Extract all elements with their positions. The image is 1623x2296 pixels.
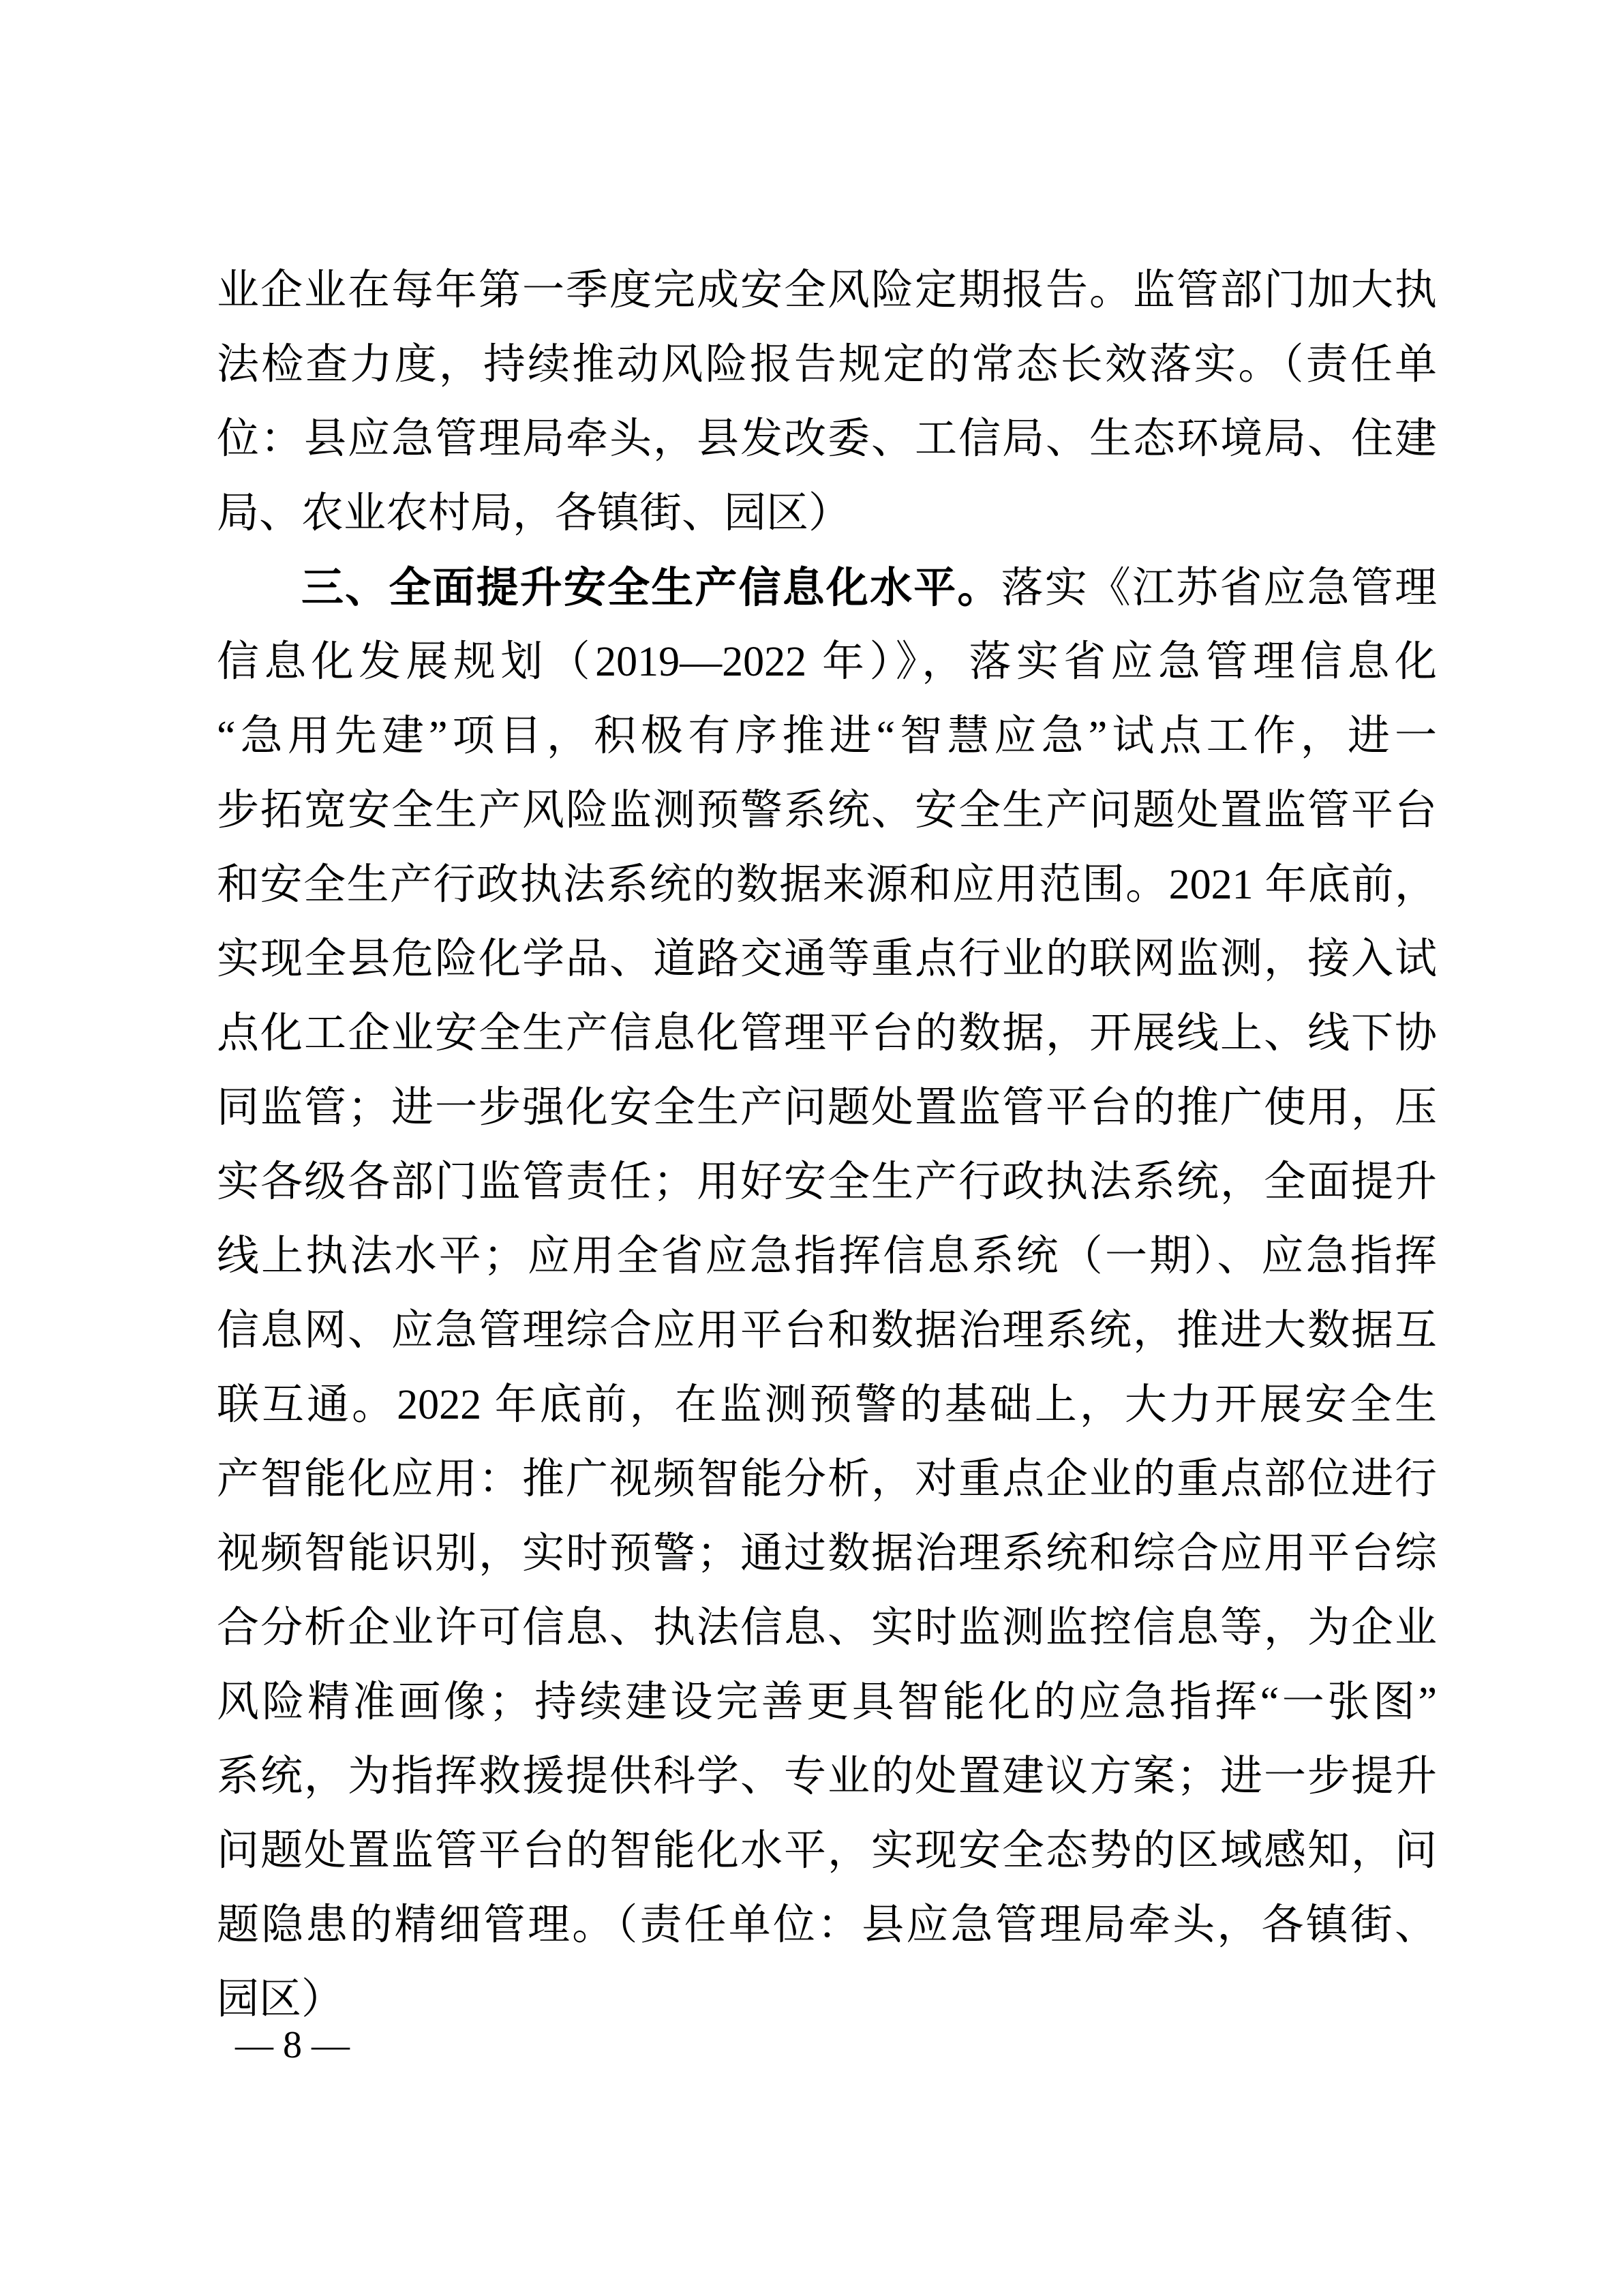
section-heading: 三、全面提升安全生产信息化水平。 <box>301 564 1001 611</box>
text-line: 业企业在每年第一季度完成安全风险定期报告。监管部门加大执 <box>217 254 1437 328</box>
responsible-unit-segment: （责任单 <box>1283 342 1437 388</box>
body-text-segment: 信息网、应急管理综合应用平台和数据治理系统，推进大数据互 <box>217 1308 1437 1354</box>
body-text-segment: 题隐患的精细管理。 <box>217 1902 616 1948</box>
body-text-segment: 实各级各部门监管责任；用好安全生产行政执法系统，全面提升 <box>217 1159 1437 1205</box>
text-line: 信息化发展规划（2019—2022 年）》，落实省应急管理信息化 <box>217 625 1437 699</box>
text-line: 风险精准画像；持续建设完善更具智能化的应急指挥“一张图” <box>217 1665 1437 1740</box>
body-text-segment: 点化工企业安全生产信息化管理平台的数据，开展线上、线下协 <box>217 1010 1437 1057</box>
text-line: 和安全生产行政执法系统的数据来源和应用范围。2021 年底前， <box>217 848 1437 922</box>
body-text-segment: 和安全生产行政执法系统的数据来源和应用范围。2021 年底前， <box>217 862 1437 908</box>
text-line: 联互通。2022 年底前，在监测预警的基础上，大力开展安全生 <box>217 1368 1437 1442</box>
body-text-segment: 落实《江苏省应急管理 <box>1001 565 1437 611</box>
text-line: 点化工企业安全生产信息化管理平台的数据，开展线上、线下协 <box>217 997 1437 1071</box>
body-text-segment: “急用先建”项目，积极有序推进“智慧应急”试点工作，进一 <box>217 713 1437 759</box>
text-line: 步拓宽安全生产风险监测预警系统、安全生产问题处置监管平台 <box>217 774 1437 848</box>
text-line: 实现全县危险化学品、道路交通等重点行业的联网监测，接入试 <box>217 922 1437 997</box>
text-line: 实各级各部门监管责任；用好安全生产行政执法系统，全面提升 <box>217 1145 1437 1220</box>
text-line: 三、全面提升安全生产信息化水平。落实《江苏省应急管理 <box>217 551 1437 625</box>
text-line: 线上执法水平；应用全省应急指挥信息系统（一期）、应急指挥 <box>217 1220 1437 1294</box>
text-line: 系统，为指挥救援提供科学、专业的处置建议方案；进一步提升 <box>217 1740 1437 1814</box>
body-text-segment: 问题处置监管平台的智能化水平，实现安全态势的区域感知，问 <box>217 1828 1437 1874</box>
body-text-segment: 风险精准画像；持续建设完善更具智能化的应急指挥“一张图” <box>217 1679 1437 1725</box>
body-text-segment: 视频智能识别，实时预警；通过数据治理系统和综合应用平台综 <box>217 1530 1437 1577</box>
body-text-segment: 线上执法水平；应用全省应急指挥信息系统（一期）、应急指挥 <box>217 1233 1437 1280</box>
responsible-unit-segment: 局、农业农村局，各镇街、园区） <box>217 490 851 537</box>
body-text-segment: 步拓宽安全生产风险监测预警系统、安全生产问题处置监管平台 <box>217 787 1437 834</box>
responsible-unit-segment: （责任单位：县应急管理局牵头，各镇街、 <box>616 1902 1437 1948</box>
text-line: 视频智能识别，实时预警；通过数据治理系统和综合应用平台综 <box>217 1517 1437 1591</box>
body-text-segment: 业企业在每年第一季度完成安全风险定期报告。监管部门加大执 <box>217 267 1437 314</box>
page-number: — 8 — <box>235 2024 350 2066</box>
text-line: 问题处置监管平台的智能化水平，实现安全态势的区域感知，问 <box>217 1814 1437 1888</box>
page-number-footer: — 8 — <box>235 2014 350 2076</box>
body-text-segment: 法检查力度，持续推动风险报告规定的常态长效落实。 <box>217 342 1283 388</box>
body-text-segment: 合分析企业许可信息、执法信息、实时监测监控信息等，为企业 <box>217 1605 1437 1651</box>
body-text-segment: 系统，为指挥救援提供科学、专业的处置建议方案；进一步提升 <box>217 1753 1437 1800</box>
responsible-unit-segment: 位：县应急管理局牵头，县发改委、工信局、生态环境局、住建 <box>217 416 1437 462</box>
page-body: 业企业在每年第一季度完成安全风险定期报告。监管部门加大执 法检查力度，持续推动风… <box>217 254 1437 2037</box>
body-text-segment: 信息化发展规划（2019—2022 年）》，落实省应急管理信息化 <box>217 639 1437 685</box>
body-text-segment: 实现全县危险化学品、道路交通等重点行业的联网监测，接入试 <box>217 936 1437 982</box>
document-page: { "colors": { "text": "#000000", "backgr… <box>0 0 1623 2296</box>
body-text-segment: 产智能化应用：推广视频智能分析，对重点企业的重点部位进行 <box>217 1456 1437 1502</box>
text-line: 局、农业农村局，各镇街、园区） <box>217 477 1437 551</box>
body-text-segment: 同监管；进一步强化安全生产问题处置监管平台的推广使用，压 <box>217 1085 1437 1131</box>
text-line: 合分析企业许可信息、执法信息、实时监测监控信息等，为企业 <box>217 1591 1437 1665</box>
text-line: 同监管；进一步强化安全生产问题处置监管平台的推广使用，压 <box>217 1071 1437 1145</box>
text-line: 法检查力度，持续推动风险报告规定的常态长效落实。（责任单 <box>217 328 1437 402</box>
text-line: 产智能化应用：推广视频智能分析，对重点企业的重点部位进行 <box>217 1442 1437 1517</box>
text-line: “急用先建”项目，积极有序推进“智慧应急”试点工作，进一 <box>217 699 1437 774</box>
text-line: 园区） <box>217 1963 1437 2037</box>
text-line: 位：县应急管理局牵头，县发改委、工信局、生态环境局、住建 <box>217 402 1437 477</box>
body-text-segment: 联互通。2022 年底前，在监测预警的基础上，大力开展安全生 <box>217 1382 1437 1428</box>
text-line: 信息网、应急管理综合应用平台和数据治理系统，推进大数据互 <box>217 1294 1437 1368</box>
text-line: 题隐患的精细管理。（责任单位：县应急管理局牵头，各镇街、 <box>217 1888 1437 1963</box>
